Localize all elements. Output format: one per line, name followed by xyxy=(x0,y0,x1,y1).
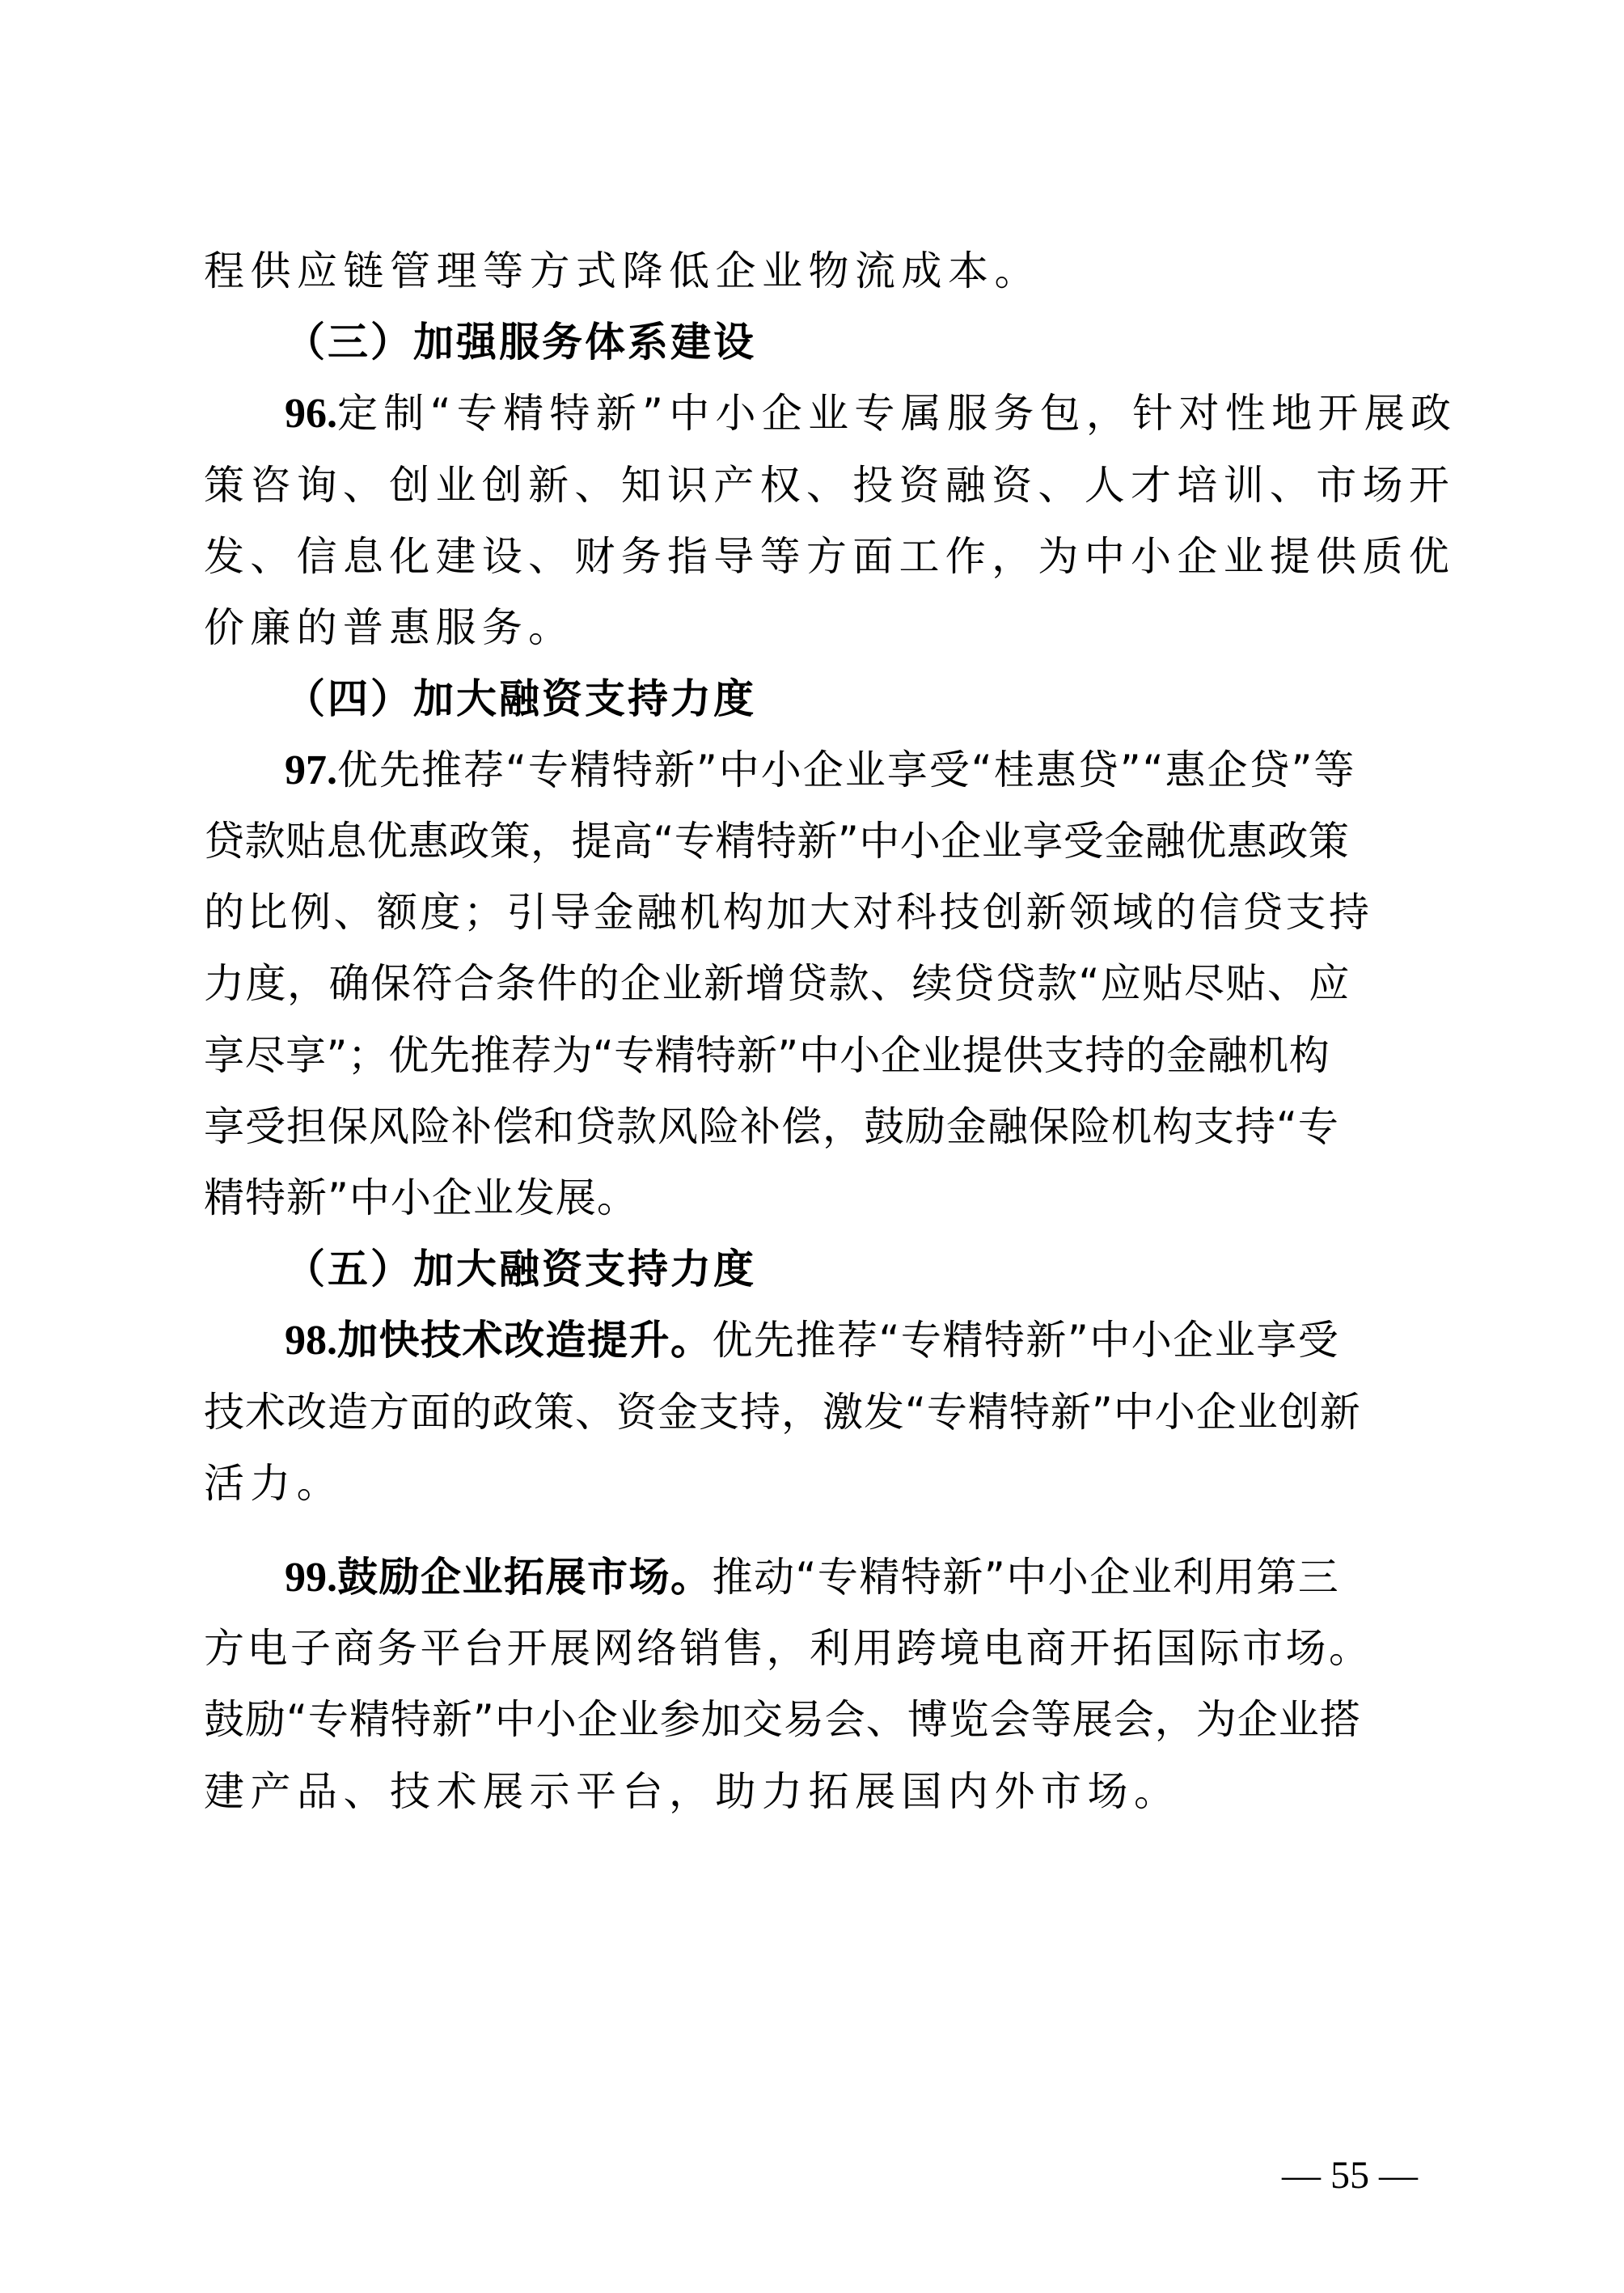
paragraph-line: 发、信息化建设、财务指导等方面工作，为中小企业提供质优 xyxy=(204,532,1440,581)
item-98-line-1: 98.加快技术改造提升。优先推荐“专精特新”中小企业享受 xyxy=(204,1316,1520,1364)
line-text: 享尽享”；优先推荐为“专精特新”中小企业提供支持的金融机构 xyxy=(204,1032,1330,1079)
item-number: 98. xyxy=(285,1318,337,1364)
paragraph-line: 力度，确保符合条件的企业新增贷款、续贷贷款“应贴尽贴、应 xyxy=(204,959,1440,1008)
line-text: 方电子商务平台开展网络销售，利用跨境电商开拓国际市场。 xyxy=(204,1625,1372,1672)
line-text: 活力。 xyxy=(204,1460,343,1507)
item-number: 97. xyxy=(285,747,337,793)
line-text: 推动“专精特新”中小企业利用第三 xyxy=(713,1554,1340,1601)
item-99-line-1: 99.鼓励企业拓展市场。推动“专精特新”中小企业利用第三 xyxy=(204,1553,1520,1601)
paragraph-line: 程供应链管理等方式降低企业物流成本。 xyxy=(204,247,1440,295)
paragraph-line: 活力。 xyxy=(204,1459,1440,1508)
paragraph-line: 价廉的普惠服务。 xyxy=(204,603,1440,652)
line-text: 力度，确保符合条件的企业新增贷款、续贷贷款“应贴尽贴、应 xyxy=(204,960,1351,1007)
paragraph-line: 方电子商务平台开展网络销售，利用跨境电商开拓国际市场。 xyxy=(204,1624,1440,1673)
heading-text: （五）加大融资支持力度 xyxy=(285,1246,756,1292)
paragraph-line: 建产品、技术展示平台，助力拓展国内外市场。 xyxy=(204,1767,1440,1816)
item-title: 鼓励企业拓展市场。 xyxy=(337,1554,713,1601)
line-text: 发、信息化建设、财务指导等方面工作，为中小企业提供质优 xyxy=(204,533,1455,580)
line-text: 策咨询、创业创新、知识产权、投资融资、人才培训、市场开 xyxy=(204,462,1455,509)
paragraph-line: 的比例、额度；引导金融机构加大对科技创新领域的信贷支持 xyxy=(204,888,1440,937)
line-text: 技术改造方面的政策、资金支持，激发“专精特新”中小企业创新 xyxy=(204,1389,1361,1436)
line-text: 贷款贴息优惠政策，提高“专精特新”中小企业享受金融优惠政策 xyxy=(204,818,1349,865)
paragraph-line: 享受担保风险补偿和贷款风险补偿，鼓励金融保险机构支持“专 xyxy=(204,1102,1440,1151)
item-number: 99. xyxy=(285,1555,337,1601)
line-text: 鼓励“专精特新”中小企业参加交易会、博览会等展会，为企业搭 xyxy=(204,1696,1361,1743)
section-heading-5: （五）加大融资支持力度 xyxy=(204,1245,1520,1293)
line-text: 精特新”中小企业发展。 xyxy=(204,1174,638,1221)
line-text: 定制“专精特新”中小企业专属服务包，针对性地开展政 xyxy=(337,390,1457,437)
line-text: 优先推荐“专精特新”中小企业享受“桂惠贷”“惠企贷”等 xyxy=(337,747,1355,793)
paragraph-line: 鼓励“专精特新”中小企业参加交易会、博览会等展会，为企业搭 xyxy=(204,1695,1440,1744)
line-text: 建产品、技术展示平台，助力拓展国内外市场。 xyxy=(204,1768,1181,1815)
section-heading-4: （四）加大融资支持力度 xyxy=(204,675,1520,723)
paragraph-line: 享尽享”；优先推荐为“专精特新”中小企业提供支持的金融机构 xyxy=(204,1031,1440,1080)
line-text: 优先推荐“专精特新”中小企业享受 xyxy=(713,1317,1340,1364)
item-96-line-1: 96.定制“专精特新”中小企业专属服务包，针对性地开展政 xyxy=(204,389,1520,438)
paragraph-line: 贷款贴息优惠政策，提高“专精特新”中小企业享受金融优惠政策 xyxy=(204,817,1440,865)
paragraph-line: 技术改造方面的政策、资金支持，激发“专精特新”中小企业创新 xyxy=(204,1388,1440,1436)
line-text: 享受担保风险补偿和贷款风险补偿，鼓励金融保险机构支持“专 xyxy=(204,1103,1339,1150)
section-heading-3: （三）加强服务体系建设 xyxy=(204,318,1520,366)
line-text: 价廉的普惠服务。 xyxy=(204,604,574,651)
heading-text: （四）加大融资支持力度 xyxy=(285,675,756,722)
paragraph-line: 精特新”中小企业发展。 xyxy=(204,1174,1440,1222)
line-text: 程供应链管理等方式降低企业物流成本。 xyxy=(204,247,1041,294)
heading-text: （三）加强服务体系建设 xyxy=(285,319,756,366)
page-number: — 55 — xyxy=(1282,2151,1418,2200)
line-text: 的比例、额度；引导金融机构加大对科技创新领域的信贷支持 xyxy=(204,889,1372,936)
paragraph-line: 策咨询、创业创新、知识产权、投资融资、人才培训、市场开 xyxy=(204,461,1440,510)
item-number: 96. xyxy=(285,391,337,437)
item-title: 加快技术改造提升。 xyxy=(337,1317,713,1364)
item-97-line-1: 97.优先推荐“专精特新”中小企业享受“桂惠贷”“惠企贷”等 xyxy=(204,746,1520,794)
